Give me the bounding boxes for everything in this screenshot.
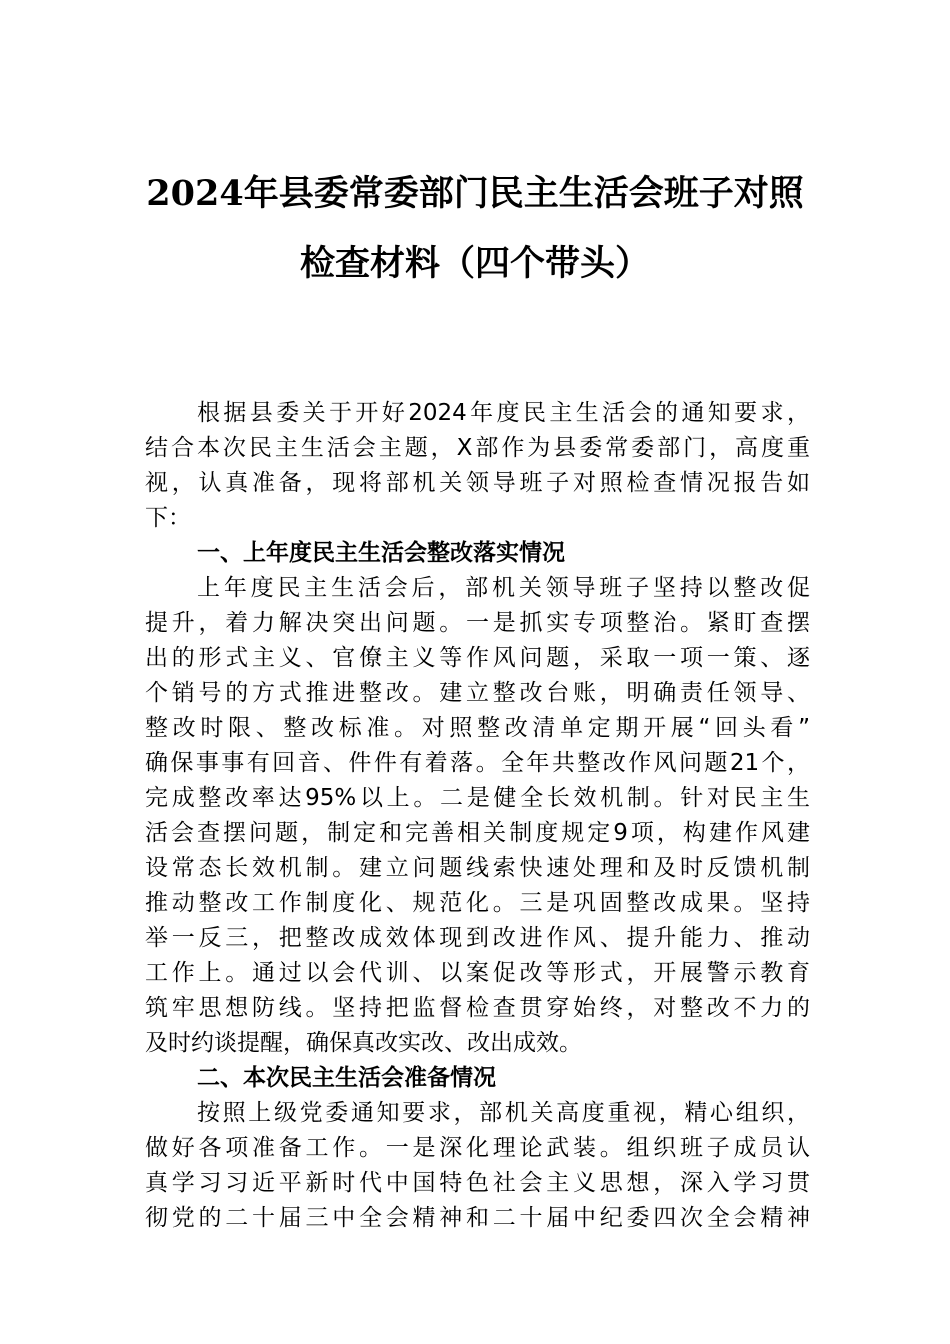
section-1-heading: 一、上年度民主生活会整改落实情况 bbox=[197, 536, 565, 570]
intro-line: 根据县委关于开好2024年度民主生活会的通知要求， bbox=[197, 396, 810, 430]
section-1-line: 完成整改率达95%以上。二是健全长效机制。针对民主生 bbox=[145, 781, 810, 815]
section-2-line: 做好各项准备工作。一是深化理论武装。组织班子成员认 bbox=[145, 1131, 810, 1165]
document-page: 2024年县委常委部门民主生活会班子对照 检查材料（四个带头） 根据县委关于开好… bbox=[0, 0, 950, 1344]
section-1-line: 及时约谈提醒，确保真改实改、改出成效。 bbox=[145, 1026, 810, 1060]
intro-line: 视，认真准备，现将部机关领导班子对照检查情况报告如 bbox=[145, 466, 810, 500]
section-2-line: 真学习习近平新时代中国特色社会主义思想，深入学习贯 bbox=[145, 1166, 810, 1200]
section-1-line: 出的形式主义、官僚主义等作风问题，采取一项一策、逐 bbox=[145, 641, 810, 675]
section-1-line: 整改时限、整改标准。对照整改清单定期开展“回头看” bbox=[145, 711, 810, 745]
intro-line: 结合本次民主生活会主题，X部作为县委常委部门，高度重 bbox=[145, 431, 810, 465]
section-2-line: 按照上级党委通知要求，部机关高度重视，精心组织， bbox=[197, 1096, 810, 1130]
section-1-line: 设常态长效机制。建立问题线索快速处理和及时反馈机制 bbox=[145, 851, 810, 885]
intro-line: 下： bbox=[145, 501, 810, 535]
document-title-line-2: 检查材料（四个带头） bbox=[0, 242, 950, 286]
section-2-line: 彻党的二十届三中全会精神和二十届中纪委四次全会精神 bbox=[145, 1201, 810, 1235]
section-2-heading: 二、本次民主生活会准备情况 bbox=[197, 1061, 496, 1095]
section-1-line: 提升，着力解决突出问题。一是抓实专项整治。紧盯查摆 bbox=[145, 606, 810, 640]
section-1-line: 推动整改工作制度化、规范化。三是巩固整改成果。坚持 bbox=[145, 886, 810, 920]
section-1-line: 上年度民主生活会后，部机关领导班子坚持以整改促 bbox=[197, 571, 810, 605]
section-1-line: 筑牢思想防线。坚持把监督检查贯穿始终，对整改不力的 bbox=[145, 991, 810, 1025]
section-1-line: 举一反三，把整改成效体现到改进作风、提升能力、推动 bbox=[145, 921, 810, 955]
section-1-line: 活会查摆问题，制定和完善相关制度规定9项，构建作风建 bbox=[145, 816, 810, 850]
section-1-line: 确保事事有回音、件件有着落。全年共整改作风问题21个， bbox=[145, 746, 810, 780]
document-title-line-1: 2024年县委常委部门民主生活会班子对照 bbox=[0, 172, 950, 216]
section-1-line: 工作上。通过以会代训、以案促改等形式，开展警示教育 bbox=[145, 956, 810, 990]
section-1-line: 个销号的方式推进整改。建立整改台账，明确责任领导、 bbox=[145, 676, 810, 710]
